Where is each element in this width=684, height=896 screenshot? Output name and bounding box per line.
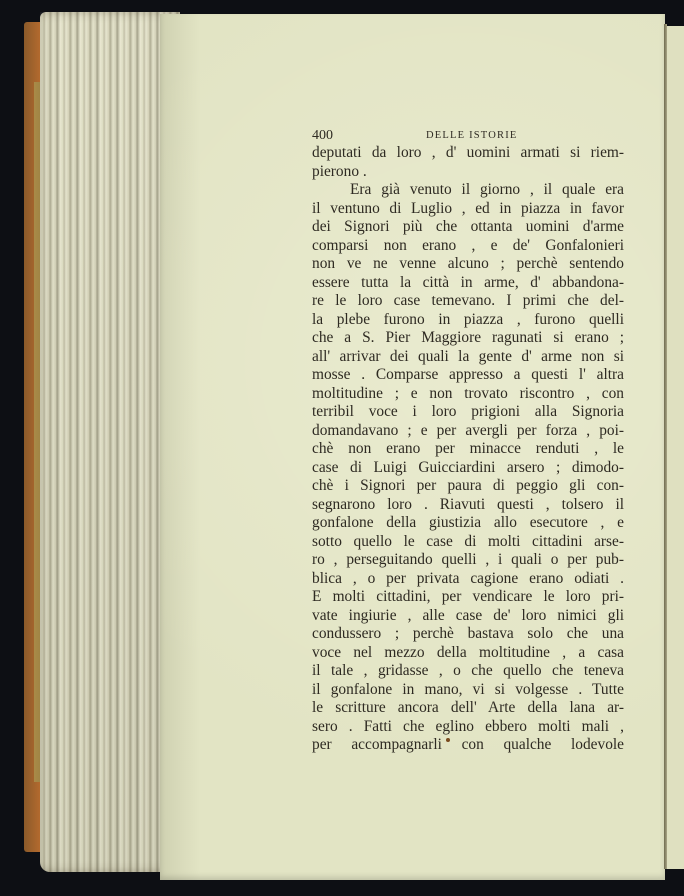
text-line: il gonfalone in mano, vi si volgesse . T… — [312, 681, 624, 700]
text-line: il ventuno di Luglio , ed in piazza in f… — [312, 200, 624, 219]
text-line: all' arrivar dei quali la gente d' arme … — [312, 348, 624, 367]
text-line: la plebe furono in piazza , furono quell… — [312, 311, 624, 330]
text-line: chè i Signori per paura di peggio gli co… — [312, 477, 624, 496]
text-line: il tale , gridasse , o che quello che te… — [312, 662, 624, 681]
text-line: re le loro case temevano. I primi che de… — [312, 292, 624, 311]
text-line: essere tutta la città in arme, d' abband… — [312, 274, 624, 293]
running-head-title: DELLE ISTORIE — [426, 128, 518, 144]
page-fore-edges — [40, 12, 180, 872]
text-line: case di Luigi Guicciardini arsero ; dimo… — [312, 459, 624, 478]
text-line: blica , o per privata cagione erano odia… — [312, 570, 624, 589]
text-line: che a S. Pier Maggiore ragunati si erano… — [312, 329, 624, 348]
text-line: Era già venuto il giorno , il quale era — [312, 181, 624, 200]
text-line: domandavano ; e per avergli per forza , … — [312, 422, 624, 441]
text-line: gonfalone della giustizia allo esecutore… — [312, 514, 624, 533]
text-line: per accompagnarli con qualche lodevole — [312, 736, 624, 755]
text-line: terribil voce i loro prigioni alla Signo… — [312, 403, 624, 422]
text-line: comparsi non erano , e de' Gonfalonieri — [312, 237, 624, 256]
text-line: mosse . Comparse appresso a questi l' al… — [312, 366, 624, 385]
text-line: voce nel mezzo della moltitudine , a cas… — [312, 644, 624, 663]
text-line: non ve ne venne alcuno ; perchè sentendo — [312, 255, 624, 274]
running-head: 400 DELLE ISTORIE — [312, 128, 624, 144]
text-line: sotto quello le case di molti cittadini … — [312, 533, 624, 552]
text-line: dei Signori più che ottanta uomini d'arm… — [312, 218, 624, 237]
text-line: segnarono loro . Riavuti questi , tolser… — [312, 496, 624, 515]
text-line: chè non erano per minacce renduti , le — [312, 440, 624, 459]
text-line: sero . Fatti che eglino ebbero molti mal… — [312, 718, 624, 737]
facing-page-edge — [667, 26, 684, 869]
text-line: vate ingiurie , alle case de' loro nimic… — [312, 607, 624, 626]
text-line: le scritture ancora dell' Arte della lan… — [312, 699, 624, 718]
page-text-block: 400 DELLE ISTORIE deputati da loro , d' … — [312, 128, 624, 755]
text-line: moltitudine ; e non trovato riscontro , … — [312, 385, 624, 404]
page-number: 400 — [312, 128, 333, 144]
text-line: ro , perseguitando quelli , i quali o pe… — [312, 551, 624, 570]
text-line: deputati da loro , d' uomini armati si r… — [312, 144, 624, 163]
text-line: E molti cittadini, per vendicare le loro… — [312, 588, 624, 607]
body-text: deputati da loro , d' uomini armati si r… — [312, 144, 624, 755]
text-line: pierono . — [312, 163, 624, 182]
text-line: condussero ; perchè bastava solo che una — [312, 625, 624, 644]
